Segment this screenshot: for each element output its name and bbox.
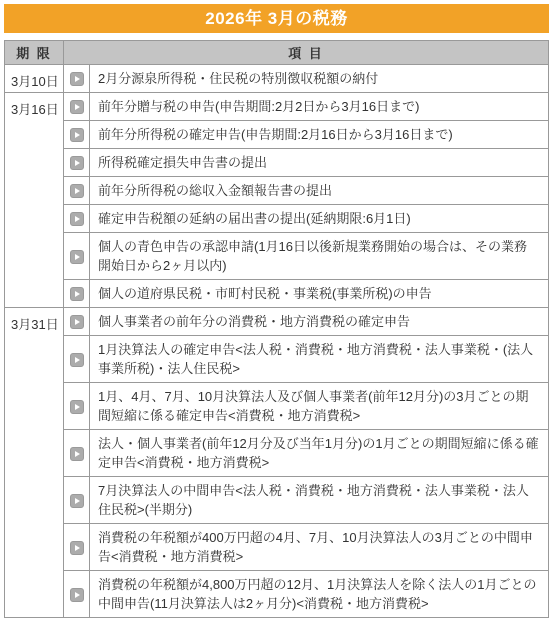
table-row: 1月決算法人の確定申告<法人税・消費税・地方消費税・法人事業税・(法人事業所税)…: [5, 336, 549, 383]
play-bullet-icon: [70, 588, 84, 602]
bullet-cell: [64, 280, 90, 308]
play-bullet-icon: [70, 100, 84, 114]
tax-item-text: 前年分所得税の総収入金額報告書の提出: [90, 177, 549, 205]
bullet-cell: [64, 336, 90, 383]
play-bullet-icon: [70, 447, 84, 461]
play-bullet-icon: [70, 156, 84, 170]
tax-item-text: 2月分源泉所得税・住民税の特別徴収税額の納付: [90, 65, 549, 93]
bullet-cell: [64, 149, 90, 177]
deadline-cell: 3月31日: [5, 308, 64, 618]
bullet-cell: [64, 524, 90, 571]
bullet-cell: [64, 93, 90, 121]
bullet-cell: [64, 477, 90, 524]
table-row: 1月、4月、7月、10月決算法人及び個人事業者(前年12月分)の3月ごとの期間短…: [5, 383, 549, 430]
tax-item-text: 前年分贈与税の申告(申告期間:2月2日から3月16日まで): [90, 93, 549, 121]
table-row: 個人の青色申告の承認申請(1月16日以後新規業務開始の場合は、その業務開始日から…: [5, 233, 549, 280]
play-bullet-icon: [70, 212, 84, 226]
tax-item-text: 消費税の年税額が4,800万円超の12月、1月決算法人を除く法人の1月ごとの中間…: [90, 571, 549, 618]
table-row: 前年分所得税の総収入金額報告書の提出: [5, 177, 549, 205]
table-row: 3月10日2月分源泉所得税・住民税の特別徴収税額の納付: [5, 65, 549, 93]
col-header-item: 項 目: [64, 41, 549, 65]
deadline-cell: 3月16日: [5, 93, 64, 308]
deadline-cell: 3月10日: [5, 65, 64, 93]
tax-schedule-table: 期 限 項 目 3月10日2月分源泉所得税・住民税の特別徴収税額の納付3月16日…: [4, 40, 549, 618]
bullet-cell: [64, 177, 90, 205]
header-row: 期 限 項 目: [5, 41, 549, 65]
bullet-cell: [64, 308, 90, 336]
play-bullet-icon: [70, 494, 84, 508]
table-row: 法人・個人事業者(前年12月分及び当年1月分)の1月ごとの期間短縮に係る確定申告…: [5, 430, 549, 477]
tax-item-text: 消費税の年税額が400万円超の4月、7月、10月決算法人の3月ごとの中間申告<消…: [90, 524, 549, 571]
table-row: 3月31日個人事業者の前年分の消費税・地方消費税の確定申告: [5, 308, 549, 336]
bullet-cell: [64, 571, 90, 618]
table-row: 消費税の年税額が4,800万円超の12月、1月決算法人を除く法人の1月ごとの中間…: [5, 571, 549, 618]
tax-item-text: 個人の道府県民税・市町村民税・事業税(事業所税)の申告: [90, 280, 549, 308]
play-bullet-icon: [70, 541, 84, 555]
bullet-cell: [64, 430, 90, 477]
table-row: 前年分所得税の確定申告(申告期間:2月16日から3月16日まで): [5, 121, 549, 149]
table-body: 3月10日2月分源泉所得税・住民税の特別徴収税額の納付3月16日前年分贈与税の申…: [5, 65, 549, 618]
table-row: 消費税の年税額が400万円超の4月、7月、10月決算法人の3月ごとの中間申告<消…: [5, 524, 549, 571]
tax-item-text: 個人の青色申告の承認申請(1月16日以後新規業務開始の場合は、その業務開始日から…: [90, 233, 549, 280]
tax-item-text: 所得税確定損失申告書の提出: [90, 149, 549, 177]
play-bullet-icon: [70, 315, 84, 329]
play-bullet-icon: [70, 353, 84, 367]
tax-item-text: 確定申告税額の延納の届出書の提出(延納期限:6月1日): [90, 205, 549, 233]
table-header: 期 限 項 目: [5, 41, 549, 65]
tax-item-text: 前年分所得税の確定申告(申告期間:2月16日から3月16日まで): [90, 121, 549, 149]
table-row: 3月16日前年分贈与税の申告(申告期間:2月2日から3月16日まで): [5, 93, 549, 121]
tax-item-text: 1月、4月、7月、10月決算法人及び個人事業者(前年12月分)の3月ごとの期間短…: [90, 383, 549, 430]
play-bullet-icon: [70, 128, 84, 142]
play-bullet-icon: [70, 72, 84, 86]
table-row: 個人の道府県民税・市町村民税・事業税(事業所税)の申告: [5, 280, 549, 308]
play-bullet-icon: [70, 400, 84, 414]
play-bullet-icon: [70, 184, 84, 198]
table-row: 所得税確定損失申告書の提出: [5, 149, 549, 177]
play-bullet-icon: [70, 287, 84, 301]
bullet-cell: [64, 205, 90, 233]
tax-item-text: 個人事業者の前年分の消費税・地方消費税の確定申告: [90, 308, 549, 336]
page-title: 2026年 3月の税務: [4, 4, 549, 33]
col-header-deadline: 期 限: [5, 41, 64, 65]
table-row: 7月決算法人の中間申告<法人税・消費税・地方消費税・法人事業税・法人住民税>(半…: [5, 477, 549, 524]
bullet-cell: [64, 65, 90, 93]
bullet-cell: [64, 383, 90, 430]
tax-calendar-page: 2026年 3月の税務 期 限 項 目 3月10日2月分源泉所得税・住民税の特別…: [0, 0, 553, 624]
table-row: 確定申告税額の延納の届出書の提出(延納期限:6月1日): [5, 205, 549, 233]
play-bullet-icon: [70, 250, 84, 264]
tax-item-text: 法人・個人事業者(前年12月分及び当年1月分)の1月ごとの期間短縮に係る確定申告…: [90, 430, 549, 477]
bullet-cell: [64, 121, 90, 149]
bullet-cell: [64, 233, 90, 280]
tax-item-text: 7月決算法人の中間申告<法人税・消費税・地方消費税・法人事業税・法人住民税>(半…: [90, 477, 549, 524]
tax-item-text: 1月決算法人の確定申告<法人税・消費税・地方消費税・法人事業税・(法人事業所税)…: [90, 336, 549, 383]
